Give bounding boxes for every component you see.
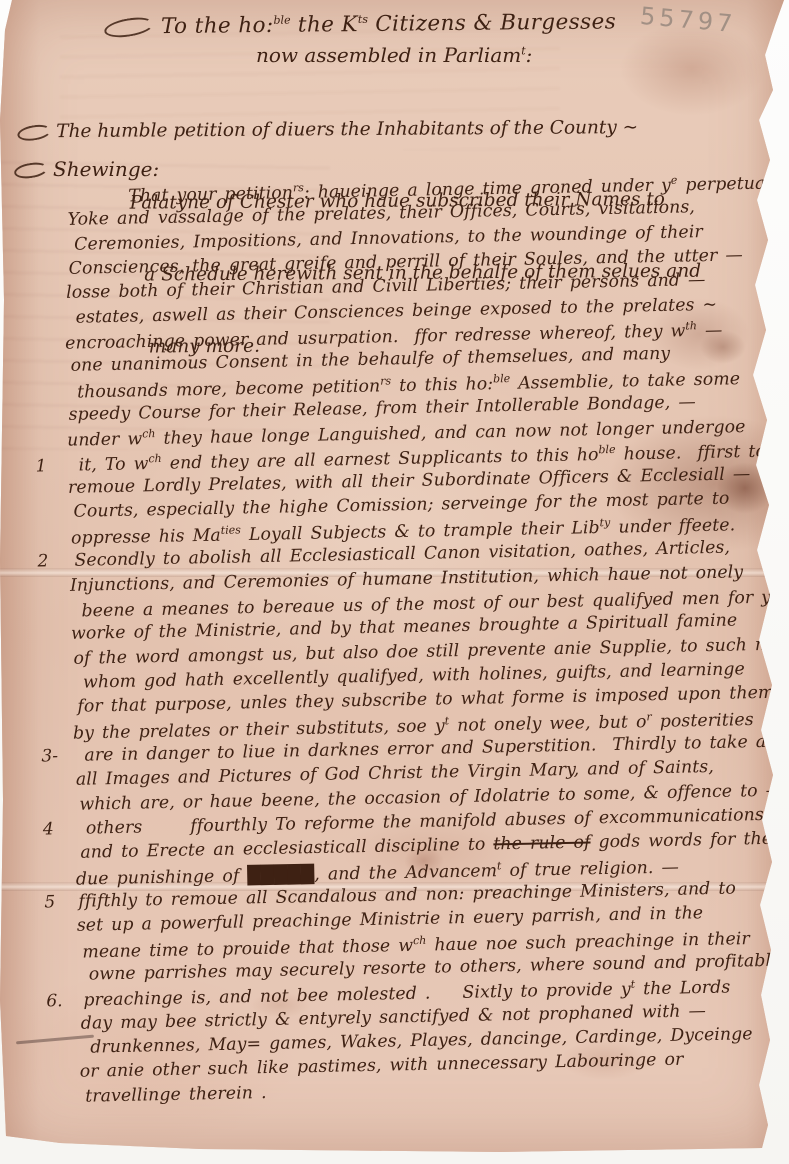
margin-number: [11, 738, 73, 739]
margin-number: [14, 884, 76, 885]
margin-number: [15, 931, 77, 932]
margin-number: 5: [14, 892, 76, 913]
margin-number: [10, 663, 72, 664]
address-line-2: now assembled in Parliamt:: [256, 43, 532, 67]
margin-number: [5, 420, 67, 421]
margin-number: [9, 616, 71, 617]
margin-number: [4, 371, 66, 372]
manuscript-body: That your petitionrs: haueinge a longe t…: [0, 171, 789, 1112]
margin-number: [1, 225, 63, 226]
margin-number: [1, 250, 63, 251]
preamble-line: The humble petition of diuers the Inhabi…: [17, 116, 700, 145]
margin-number: [6, 493, 68, 494]
margin-number: 4: [13, 819, 75, 840]
margin-number: [8, 590, 70, 591]
flourish-mark: [13, 160, 49, 180]
margin-number: [3, 349, 65, 350]
flourish-mark: [103, 14, 155, 40]
margin-number: [0, 203, 62, 204]
manuscript-page: 55797 To the ho:ble the Kts Citizens & B…: [0, 0, 786, 1152]
address-line-2-text: now assembled in Parliamt:: [256, 43, 532, 67]
margin-number: [5, 446, 67, 447]
margin-number: 2: [7, 551, 69, 572]
margin-number: [7, 517, 69, 518]
preamble-line-text: The humble petition of diuers the Inhabi…: [56, 117, 638, 142]
archival-stamp-number: 55797: [639, 2, 737, 38]
margin-number: [16, 980, 78, 981]
margin-number: [3, 323, 65, 324]
margin-number: [2, 274, 64, 275]
flourish-mark: [16, 122, 52, 142]
margin-number: [12, 785, 74, 786]
margin-number: 6.: [16, 991, 78, 1012]
margin-number: [13, 809, 75, 810]
salutation-text: Shewinge:: [53, 157, 159, 181]
address-line-1-text: To the ho:ble the Kts Citizens & Burgess…: [161, 9, 616, 39]
margin-number: [9, 639, 71, 640]
margin-number: [11, 712, 73, 713]
margin-number: [17, 1028, 79, 1029]
margin-number: [4, 397, 66, 398]
salutation: Shewinge:: [14, 157, 159, 181]
margin-number: [10, 688, 72, 689]
manuscript-line-text: travellinge therein .: [80, 1083, 267, 1107]
margin-number: 1: [5, 455, 67, 476]
margin-number: [18, 1101, 80, 1102]
margin-number: [2, 298, 64, 299]
margin-number: [7, 543, 69, 544]
margin-number: [15, 957, 77, 958]
margin-number: 3-: [11, 746, 73, 767]
margin-number: [14, 858, 76, 859]
margin-number: [17, 1053, 79, 1054]
margin-number: [18, 1077, 80, 1078]
